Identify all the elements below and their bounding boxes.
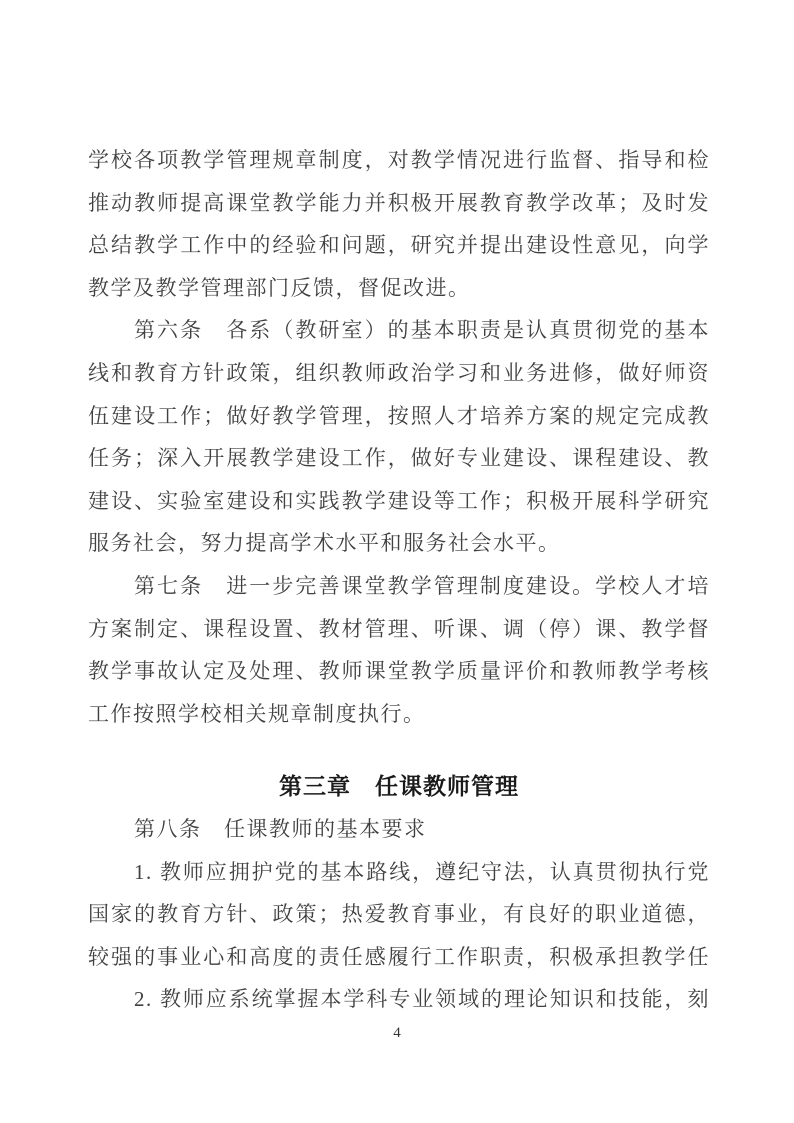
body-line: 1. 教师应拥护党的基本路线，遵纪守法，认真贯彻执行党和: [88, 851, 710, 894]
body-line: 任务；深入开展教学建设工作，做好专业建设、课程建设、教材: [88, 437, 710, 480]
body-line: 推动教师提高课堂教学能力并积极开展教育教学改革；及时发现、: [88, 182, 710, 225]
body-line: 线和教育方针政策，组织教师政治学习和业务进修，做好师资队: [88, 352, 710, 395]
paragraph-item-1: 1. 教师应拥护党的基本路线，遵纪守法，认真贯彻执行党和 国家的教育方针、政策；…: [88, 851, 710, 979]
body-line: 第七条 进一步完善课堂教学管理制度建设。学校人才培养: [88, 565, 710, 608]
paragraph-article-7: 第七条 进一步完善课堂教学管理制度建设。学校人才培养 方案制定、课程设置、教材管…: [88, 565, 710, 735]
body-line: 教学及教学管理部门反馈，督促改进。: [88, 267, 710, 310]
body-line: 第六条 各系（教研室）的基本职责是认真贯彻党的基本路: [88, 309, 710, 352]
body-line: 建设、实验室建设和实践教学建设等工作；积极开展科学研究和: [88, 480, 710, 523]
body-line: 伍建设工作；做好教学管理，按照人才培养方案的规定完成教学: [88, 395, 710, 438]
paragraph-continuation: 学校各项教学管理规章制度，对教学情况进行监督、指导和检查， 推动教师提高课堂教学…: [88, 139, 710, 309]
body-line: 2. 教师应系统掌握本学科专业领域的理论知识和技能，刻苦: [88, 978, 710, 1021]
body-line: 工作按照学校相关规章制度执行。: [88, 693, 710, 736]
paragraph-article-6: 第六条 各系（教研室）的基本职责是认真贯彻党的基本路 线和教育方针政策，组织教师…: [88, 309, 710, 565]
body-line: 学校各项教学管理规章制度，对教学情况进行监督、指导和检查，: [88, 139, 710, 182]
document-body: 学校各项教学管理规章制度，对教学情况进行监督、指导和检查， 推动教师提高课堂教学…: [88, 139, 710, 1021]
page-number: 4: [0, 1022, 794, 1044]
body-line: 国家的教育方针、政策；热爱教育事业，有良好的职业道德，以: [88, 893, 710, 936]
paragraph-article-8: 第八条 任课教师的基本要求: [88, 808, 710, 851]
body-line: 第八条 任课教师的基本要求: [88, 808, 710, 851]
paragraph-item-2: 2. 教师应系统掌握本学科专业领域的理论知识和技能，刻苦: [88, 978, 710, 1021]
body-line: 服务社会，努力提高学术水平和服务社会水平。: [88, 522, 710, 565]
body-line: 教学事故认定及处理、教师课堂教学质量评价和教师教学考核等: [88, 650, 710, 693]
body-line: 总结教学工作中的经验和问题，研究并提出建设性意见，向学校: [88, 224, 710, 267]
body-line: 较强的事业心和高度的责任感履行工作职责，积极承担教学任务，: [88, 936, 710, 979]
chapter-heading: 第三章 任课教师管理: [88, 765, 710, 808]
body-line: 方案制定、课程设置、教材管理、听课、调（停）课、教学督导、: [88, 608, 710, 651]
document-page: 学校各项教学管理规章制度，对教学情况进行监督、指导和检查， 推动教师提高课堂教学…: [0, 0, 794, 1123]
